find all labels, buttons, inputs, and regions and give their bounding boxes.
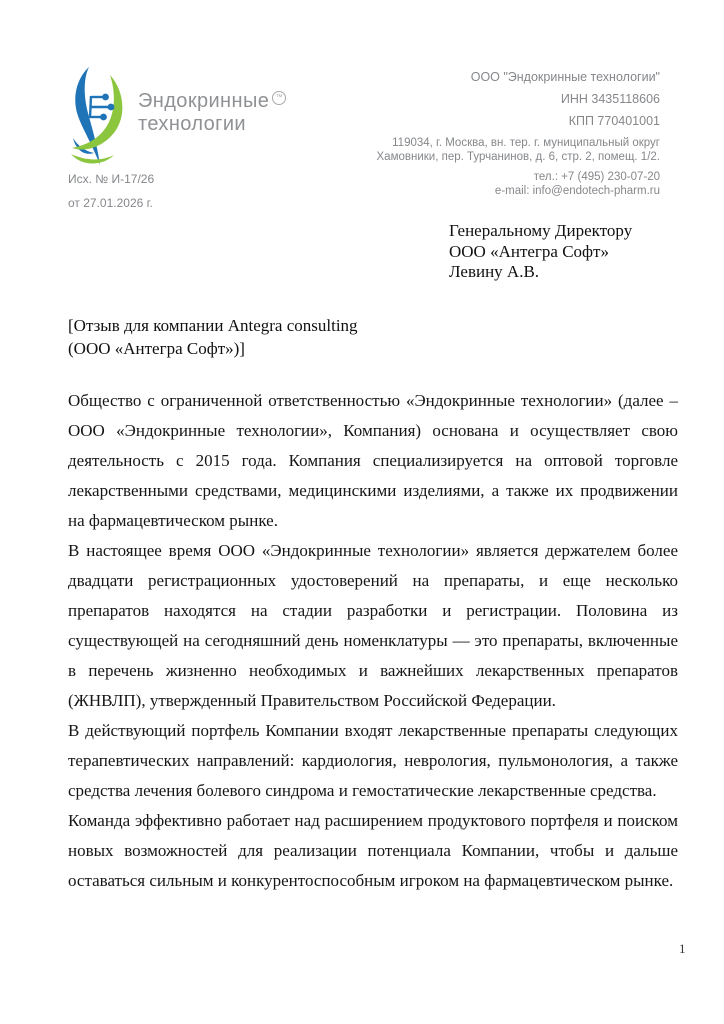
outgoing-number: Исх. № И-17/26: [68, 172, 154, 186]
addressee-person: Левину А.В.: [449, 262, 632, 283]
company-name: ООО "Эндокринные технологии": [377, 70, 661, 84]
company-email: e-mail: info@endotech-pharm.ru: [377, 184, 661, 198]
body-paragraph-4: Команда эффективно работает над расширен…: [68, 806, 678, 896]
body-paragraph-3: В действующий портфель Компании входят л…: [68, 716, 678, 806]
company-phone: тел.: +7 (495) 230-07-20: [377, 170, 661, 184]
company-kpp: КПП 770401001: [377, 114, 661, 128]
outgoing-reference: Исх. № И-17/26 от 27.01.2026 г.: [68, 172, 154, 220]
company-address-line1: 119034, г. Москва, вн. тер. г. муниципал…: [377, 136, 661, 150]
addressee-company: ООО «Антегра Софт»: [449, 242, 632, 263]
company-inn: ИНН 3435118606: [377, 92, 661, 106]
addressee-title: Генеральному Директору: [449, 221, 632, 242]
company-address-line2: Хамовники, пер. Турчанинов, д. 6, стр. 2…: [377, 150, 661, 164]
letter-page: Эндокринные™ технологии Исх. № И-17/26 о…: [0, 0, 724, 1024]
trademark-icon: ™: [272, 91, 286, 105]
company-details: ООО "Эндокринные технологии" ИНН 3435118…: [377, 70, 661, 198]
subject-line1: [Отзыв для компании Antegra consulting: [68, 314, 358, 337]
addressee-block: Генеральному Директору ООО «Антегра Софт…: [449, 221, 632, 283]
outgoing-date: от 27.01.2026 г.: [68, 196, 154, 210]
company-logo: Эндокринные™ технологии: [70, 66, 286, 168]
subject-line2: (ООО «Антегра Софт»)]: [68, 337, 358, 360]
body-paragraph-1: Общество с ограниченной ответственностью…: [68, 386, 678, 536]
logo-mark-icon: [70, 66, 128, 168]
logo-wordmark: Эндокринные™ технологии: [138, 90, 286, 136]
letter-body: Общество с ограниченной ответственностью…: [68, 386, 678, 896]
body-paragraph-2: В настоящее время ООО «Эндокринные техно…: [68, 536, 678, 716]
page-number: 1: [679, 941, 686, 957]
subject-block: [Отзыв для компании Antegra consulting (…: [68, 314, 358, 360]
logo-wordmark-line1: Эндокринные™: [138, 90, 286, 113]
logo-wordmark-line2: технологии: [138, 113, 286, 136]
